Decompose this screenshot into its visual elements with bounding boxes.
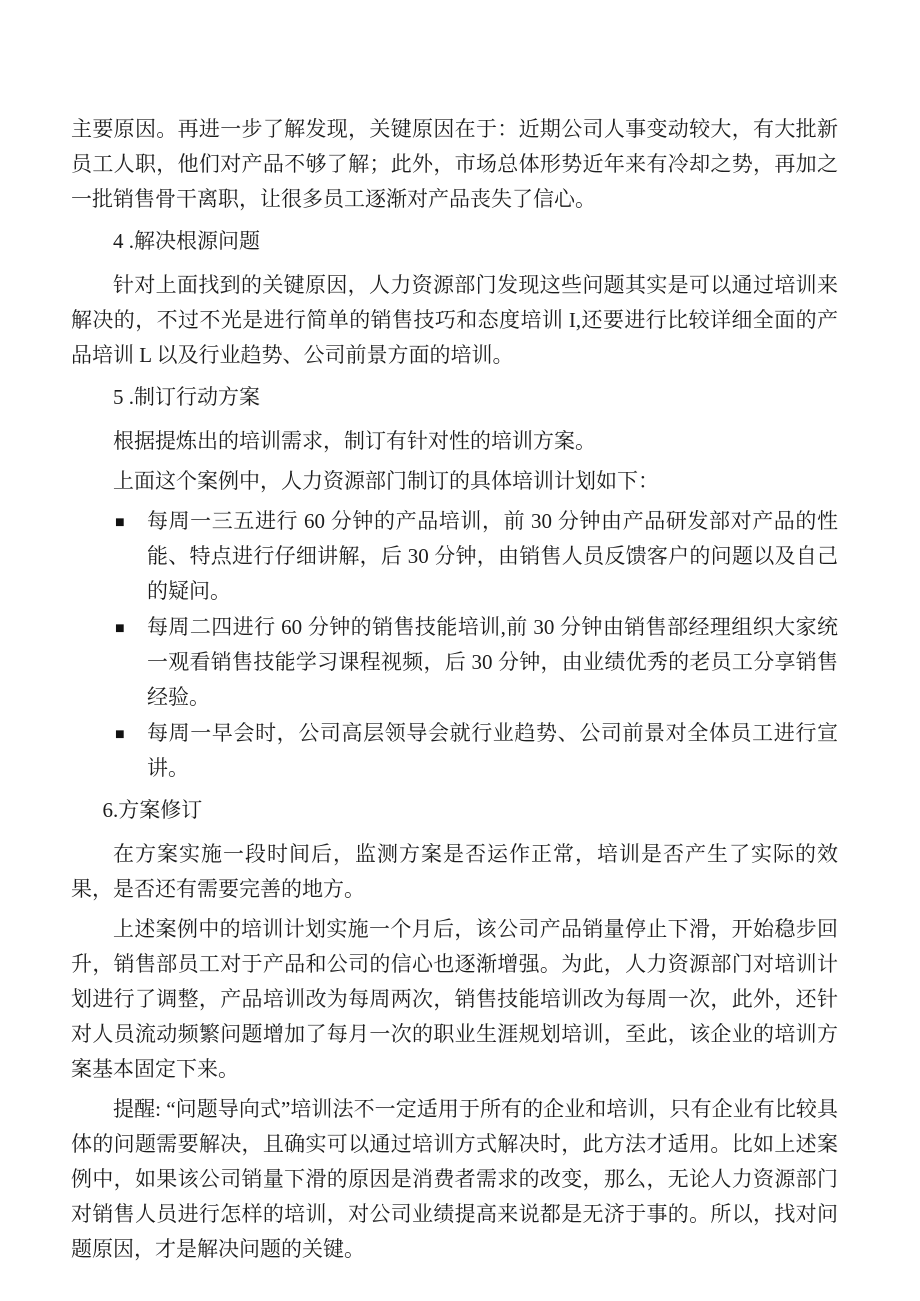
heading-plan-revision: 6.方案修订 xyxy=(71,793,838,828)
paragraph-monitor-plan: 在方案实施一段时间后，监测方案是否运作正常，培训是否产生了实际的效果，是否还有需… xyxy=(71,837,838,907)
heading-solve-root-problem: 4 .解决根源问题 xyxy=(71,224,838,259)
list-item: ■ 每周一三五进行 60 分钟的产品培训，前 30 分钟由产品研发部对产品的性能… xyxy=(71,504,838,609)
bullet-text-morning-meeting: 每周一早会时，公司高层领导会就行业趋势、公司前景对全体员工进行宣讲。 xyxy=(147,721,838,780)
training-plan-list: ■ 每周一三五进行 60 分钟的产品培训，前 30 分钟由产品研发部对产品的性能… xyxy=(71,504,838,786)
paragraph-plan-adjustment: 上述案例中的培训计划实施一个月后，该公司产品销量停止下滑，开始稳步回升，销售部员… xyxy=(71,912,838,1087)
bullet-square-icon: ■ xyxy=(115,611,125,646)
paragraph-training-solution: 针对上面找到的关键原因，人力资源部门发现这些问题其实是可以通过培训来解决的，不过… xyxy=(71,268,838,373)
bullet-square-icon: ■ xyxy=(115,717,125,752)
heading-make-action-plan: 5 .制订行动方案 xyxy=(71,380,838,415)
document-page: 主要原因。再进一步了解发现，关键原因在于：近期公司人事变动较大，有大批新员工人职… xyxy=(0,0,920,1301)
paragraph-key-cause: 主要原因。再进一步了解发现，关键原因在于：近期公司人事变动较大，有大批新员工人职… xyxy=(71,112,838,217)
bullet-square-icon: ■ xyxy=(115,505,125,540)
list-item: ■ 每周二四进行 60 分钟的销售技能培训,前 30 分钟由销售部经理组织大家统… xyxy=(71,610,838,715)
paragraph-training-needs: 根据提炼出的培训需求，制订有针对性的培训方案。 xyxy=(71,424,838,459)
bullet-text-sales-skill-training: 每周二四进行 60 分钟的销售技能培训,前 30 分钟由销售部经理组织大家统一观… xyxy=(147,615,838,709)
bullet-text-product-training: 每周一三五进行 60 分钟的产品培训，前 30 分钟由产品研发部对产品的性能、特… xyxy=(147,509,838,603)
paragraph-plan-intro: 上面这个案例中，人力资源部门制订的具体培训计划如下： xyxy=(71,464,838,499)
paragraph-reminder-note: 提醒: “问题导向式”培训法不一定适用于所有的企业和培训，只有企业有比较具体的问… xyxy=(71,1092,838,1267)
list-item: ■ 每周一早会时，公司高层领导会就行业趋势、公司前景对全体员工进行宣讲。 xyxy=(71,716,838,786)
